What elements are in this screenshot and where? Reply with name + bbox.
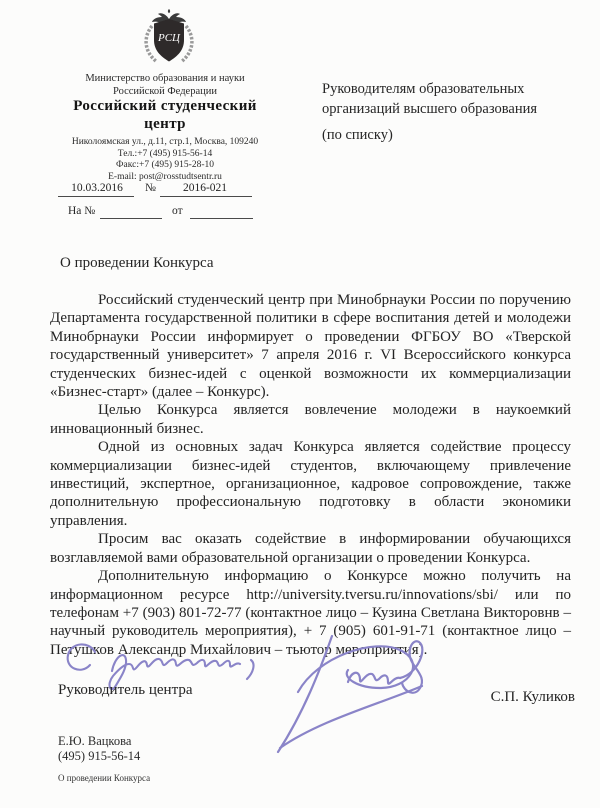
ref-from-label: от — [172, 205, 183, 217]
emblem-monogram: РСЦ — [157, 32, 181, 44]
ministry-line1: Министерство образования и науки — [40, 73, 290, 86]
org-name: Российский студенческий центр — [40, 97, 290, 133]
ref-date-underline — [190, 217, 253, 219]
signer-name: С.П. Куликов — [470, 689, 575, 706]
executor-name: Е.Ю. Вацкова — [58, 734, 131, 749]
eagle-crown — [168, 9, 170, 13]
ministry-block: Министерство образования и науки Российс… — [40, 73, 290, 98]
letter-subject: О проведении Конкурса — [60, 255, 214, 272]
number-underline — [160, 195, 252, 197]
org-name-line2: центр — [40, 115, 290, 133]
addressee-note: (по списку) — [322, 127, 393, 144]
signature-strokes — [268, 630, 453, 762]
body-paragraph: Российский студенческий центр при Минобр… — [50, 291, 571, 401]
letter-number: 2016-021 — [160, 182, 250, 194]
body-paragraph: Просим вас оказать содействие в информир… — [50, 530, 571, 567]
org-phone: Тел.:+7 (495) 915-56-14 — [40, 149, 290, 161]
org-address: Николоямская ул., д.11, стр.1, Москва, 1… — [40, 137, 290, 149]
contacts-block: Николоямская ул., д.11, стр.1, Москва, 1… — [40, 137, 290, 183]
letter-body: Российский студенческий центр при Минобр… — [50, 291, 571, 659]
org-fax: Факс:+7 (495) 915-28-10 — [40, 160, 290, 172]
body-paragraph: Целью Конкурса является вовлечение молод… — [50, 401, 571, 438]
executor-phone: (495) 915-56-14 — [58, 749, 140, 764]
kulikov-signature-scribble — [268, 630, 453, 762]
addressee-block: Руководителям образовательных организаци… — [322, 80, 578, 119]
scanned-letter-page: РСЦ Министерство образования и науки Рос… — [0, 0, 600, 808]
ref-number-underline — [100, 217, 162, 219]
body-paragraph: Одной из основных задач Конкурса являетс… — [50, 438, 571, 530]
rsc-coat-of-arms-emblem: РСЦ — [140, 6, 198, 66]
signer-position: Руководитель центра — [58, 682, 192, 699]
date-underline — [58, 195, 134, 197]
footer-doc-subject: О проведении Конкурса — [58, 773, 150, 783]
number-sign: № — [145, 182, 156, 194]
emblem-graphic: РСЦ — [140, 6, 198, 66]
org-name-line1: Российский студенческий — [40, 97, 290, 115]
addressee-line1: Руководителям образовательных — [322, 80, 578, 100]
addressee-line2: организаций высшего образования — [322, 100, 578, 120]
ref-label: На № — [68, 205, 95, 217]
letter-date: 10.03.2016 — [60, 182, 134, 194]
